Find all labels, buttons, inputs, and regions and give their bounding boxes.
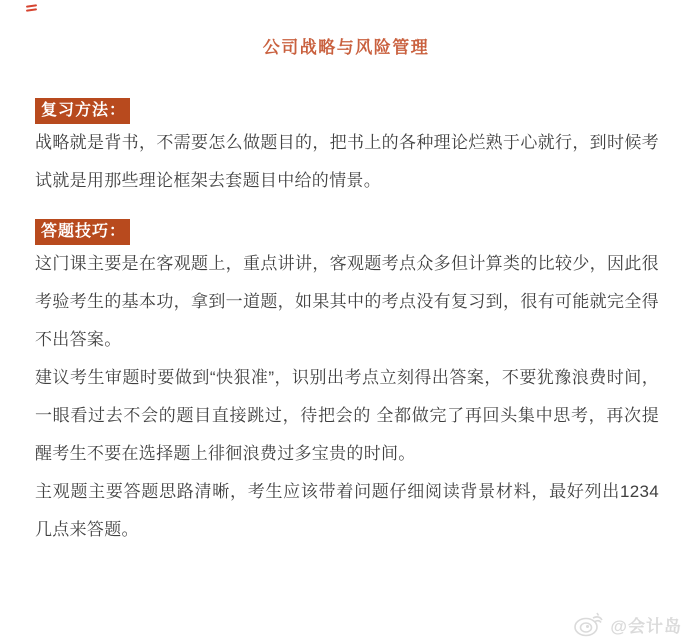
paragraph-objective-questions: 这门课主要是在客观题上，重点讲讲，客观题考点众多但计算类的比较少，因此很考验考生… — [35, 245, 659, 359]
paragraph-review-method: 战略就是背书，不需要怎么做题目的，把书上的各种理论烂熟于心就行，到时候考试就是用… — [35, 124, 659, 200]
paragraph-subjective-questions: 主观题主要答题思路清晰，考生应该带着问题仔细阅读背景材料，最好列出1234几点来… — [35, 473, 659, 549]
section-label-answer-technique: 答题技巧： — [35, 219, 130, 245]
section-label-review-method: 复习方法： — [35, 98, 130, 124]
section-answer-technique: 答题技巧： 这门课主要是在客观题上，重点讲讲，客观题考点众多但计算类的比较少，因… — [35, 200, 659, 549]
weibo-logo-icon — [573, 611, 605, 637]
watermark-handle: @会计岛 — [610, 612, 682, 637]
document-content: 复习方法： 战略就是背书，不需要怎么做题目的，把书上的各种理论烂熟于心就行，到时… — [0, 58, 692, 549]
page-title: 公司战略与风险管理 — [0, 0, 692, 58]
document-page: 公司战略与风险管理 复习方法： 战略就是背书，不需要怎么做题目的，把书上的各种理… — [0, 0, 692, 644]
watermark: @会计岛 — [573, 611, 682, 637]
section-review-method: 复习方法： 战略就是背书，不需要怎么做题目的，把书上的各种理论烂熟于心就行，到时… — [35, 58, 659, 200]
paragraph-exam-advice: 建议考生审题时要做到“快狠准”，识别出考点立刻得出答案，不要犹豫浪费时间，一眼看… — [35, 359, 659, 473]
red-scribble-icon — [26, 3, 38, 12]
